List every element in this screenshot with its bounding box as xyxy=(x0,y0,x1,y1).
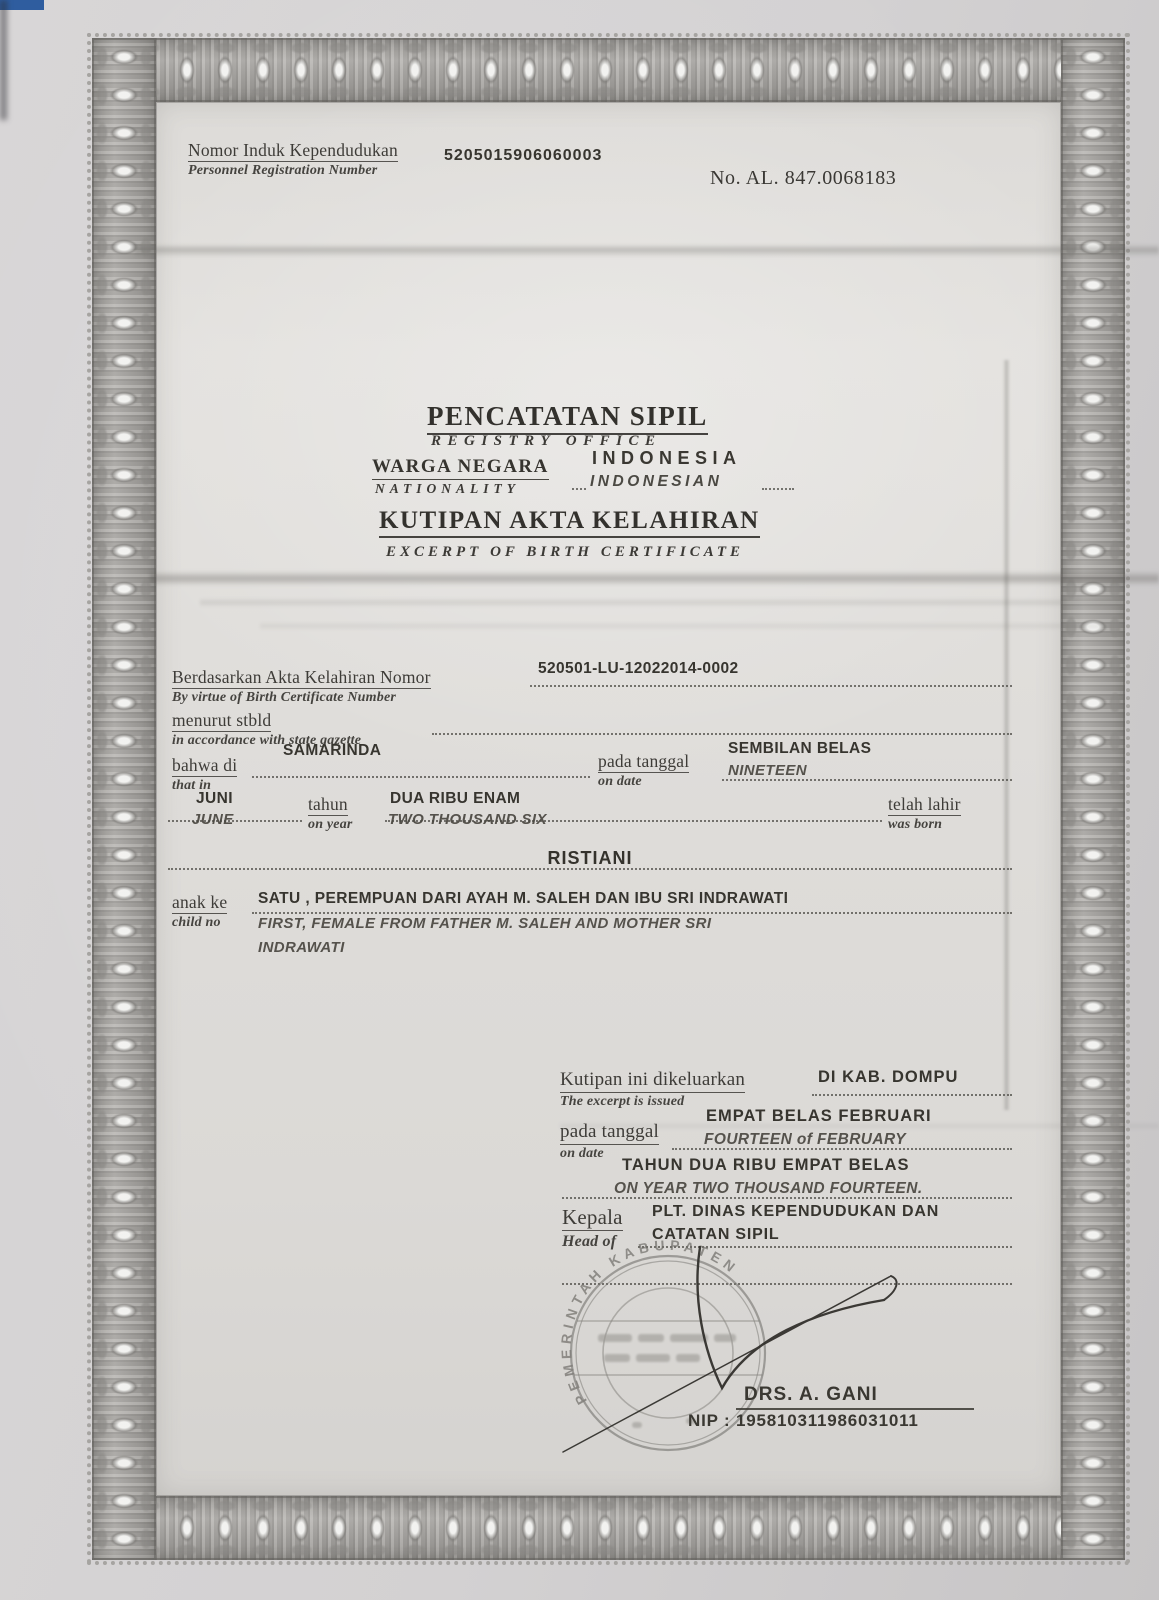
nationality-value: INDONESIA xyxy=(592,448,742,469)
date-label-en: on date xyxy=(598,773,642,791)
office-title: PENCATATAN SIPIL xyxy=(427,401,708,435)
dotted-line xyxy=(432,733,1012,735)
dot-leader xyxy=(572,488,586,490)
nik-value: 5205015906060003 xyxy=(444,147,602,165)
issued-date-line1-en: FOURTEEN of FEBRUARY xyxy=(704,1131,906,1149)
issued-date-line2: TAHUN DUA RIBU EMPAT BELAS xyxy=(622,1156,910,1175)
photo-edge-smudge xyxy=(0,0,7,120)
signer-name-underline xyxy=(736,1408,974,1410)
place-label: bahwa di xyxy=(172,756,237,777)
year-label-pair: tahun on year xyxy=(308,795,353,834)
issued-label: Kutipan ini dikeluarkan xyxy=(560,1070,745,1093)
document-number: No. AL. 847.0068183 xyxy=(710,167,896,190)
border-band-bottom xyxy=(92,1496,1125,1560)
signer-nip: NIP : 195810311986031011 xyxy=(688,1411,919,1431)
dotted-line xyxy=(672,1148,1012,1150)
month-value: JUNI xyxy=(196,790,233,808)
cert-number-value: 520501-LU-12022014-0002 xyxy=(538,660,739,678)
document-title: KUTIPAN AKTA KELAHIRAN xyxy=(379,507,760,538)
date-value: SEMBILAN BELAS xyxy=(728,740,871,758)
place-value: SAMARINDA xyxy=(283,742,381,760)
born-label-pair: telah lahir was born xyxy=(888,795,961,834)
nationality-label: WARGA NEGARA xyxy=(372,456,549,480)
birth-certificate-scan: { "header": { "nik_label": "Nomor Induk … xyxy=(0,0,1159,1600)
nationality-label-en: NATIONALITY xyxy=(375,481,520,497)
dot-leader xyxy=(762,488,794,490)
cert-number-label-en: By virtue of Birth Certificate Number xyxy=(172,689,396,707)
issued-date-label: pada tanggal xyxy=(560,1122,659,1145)
cert-number-label-pair: Berdasarkan Akta Kelahiran Nomor By virt… xyxy=(172,668,431,707)
issued-label-pair: Kutipan ini dikeluarkan The excerpt is i… xyxy=(560,1070,745,1111)
year-value: DUA RIBU ENAM xyxy=(390,790,520,808)
gazette-label: menurut stbld xyxy=(172,711,271,732)
signature xyxy=(540,1225,930,1470)
year-label: tahun xyxy=(308,795,348,816)
nik-label-pair: Nomor Induk Kependudukan Personnel Regis… xyxy=(188,141,398,180)
child-name: RISTIANI xyxy=(168,848,1012,869)
issued-date-line2-en: ON YEAR TWO THOUSAND FOURTEEN. xyxy=(614,1180,923,1198)
dotted-line xyxy=(385,820,882,822)
border-band-top xyxy=(92,38,1125,102)
child-no-label-en: child no xyxy=(172,914,221,932)
issued-label-en: The excerpt is issued xyxy=(560,1093,684,1111)
nik-label: Nomor Induk Kependudukan xyxy=(188,141,398,162)
child-no-value-en-line1: FIRST, FEMALE FROM FATHER M. SALEH AND M… xyxy=(258,915,711,932)
dotted-line xyxy=(252,912,1012,914)
child-no-value-en-line2: INDRAWATI xyxy=(258,939,345,956)
child-no-value: SATU , PEREMPUAN DARI AYAH M. SALEH DAN … xyxy=(258,890,788,908)
signer-name: DRS. A. GANI xyxy=(744,1384,878,1406)
date-value-en: NINETEEN xyxy=(728,762,807,779)
dotted-line xyxy=(252,776,590,778)
border-band-right xyxy=(1061,38,1125,1560)
nationality-value-en: INDONESIAN xyxy=(590,473,722,491)
child-no-label-pair: anak ke child no xyxy=(172,893,227,932)
year-label-en: on year xyxy=(308,816,353,834)
born-label: telah lahir xyxy=(888,795,961,816)
dotted-line xyxy=(168,868,1012,870)
nik-label-en: Personnel Registration Number xyxy=(188,162,377,180)
issued-place-value: DI KAB. DOMPU xyxy=(818,1068,958,1087)
dotted-line xyxy=(168,820,302,822)
born-label-en: was born xyxy=(888,816,942,834)
cert-number-label: Berdasarkan Akta Kelahiran Nomor xyxy=(172,668,431,689)
issued-date-label-en: on date xyxy=(560,1145,604,1163)
issued-date-line1: EMPAT BELAS FEBRUARI xyxy=(706,1107,932,1126)
dotted-line xyxy=(812,1094,1012,1096)
date-label-pair: pada tanggal on date xyxy=(598,752,689,791)
date-label: pada tanggal xyxy=(598,752,689,773)
child-no-label: anak ke xyxy=(172,893,227,914)
dotted-line xyxy=(722,779,1012,781)
dotted-line xyxy=(562,1197,1012,1199)
document-title-en: EXCERPT OF BIRTH CERTIFICATE xyxy=(386,544,744,561)
border-band-left xyxy=(92,38,156,1560)
head-office-line1: PLT. DINAS KEPENDUDUKAN DAN xyxy=(652,1203,939,1221)
dotted-line xyxy=(530,685,1012,687)
